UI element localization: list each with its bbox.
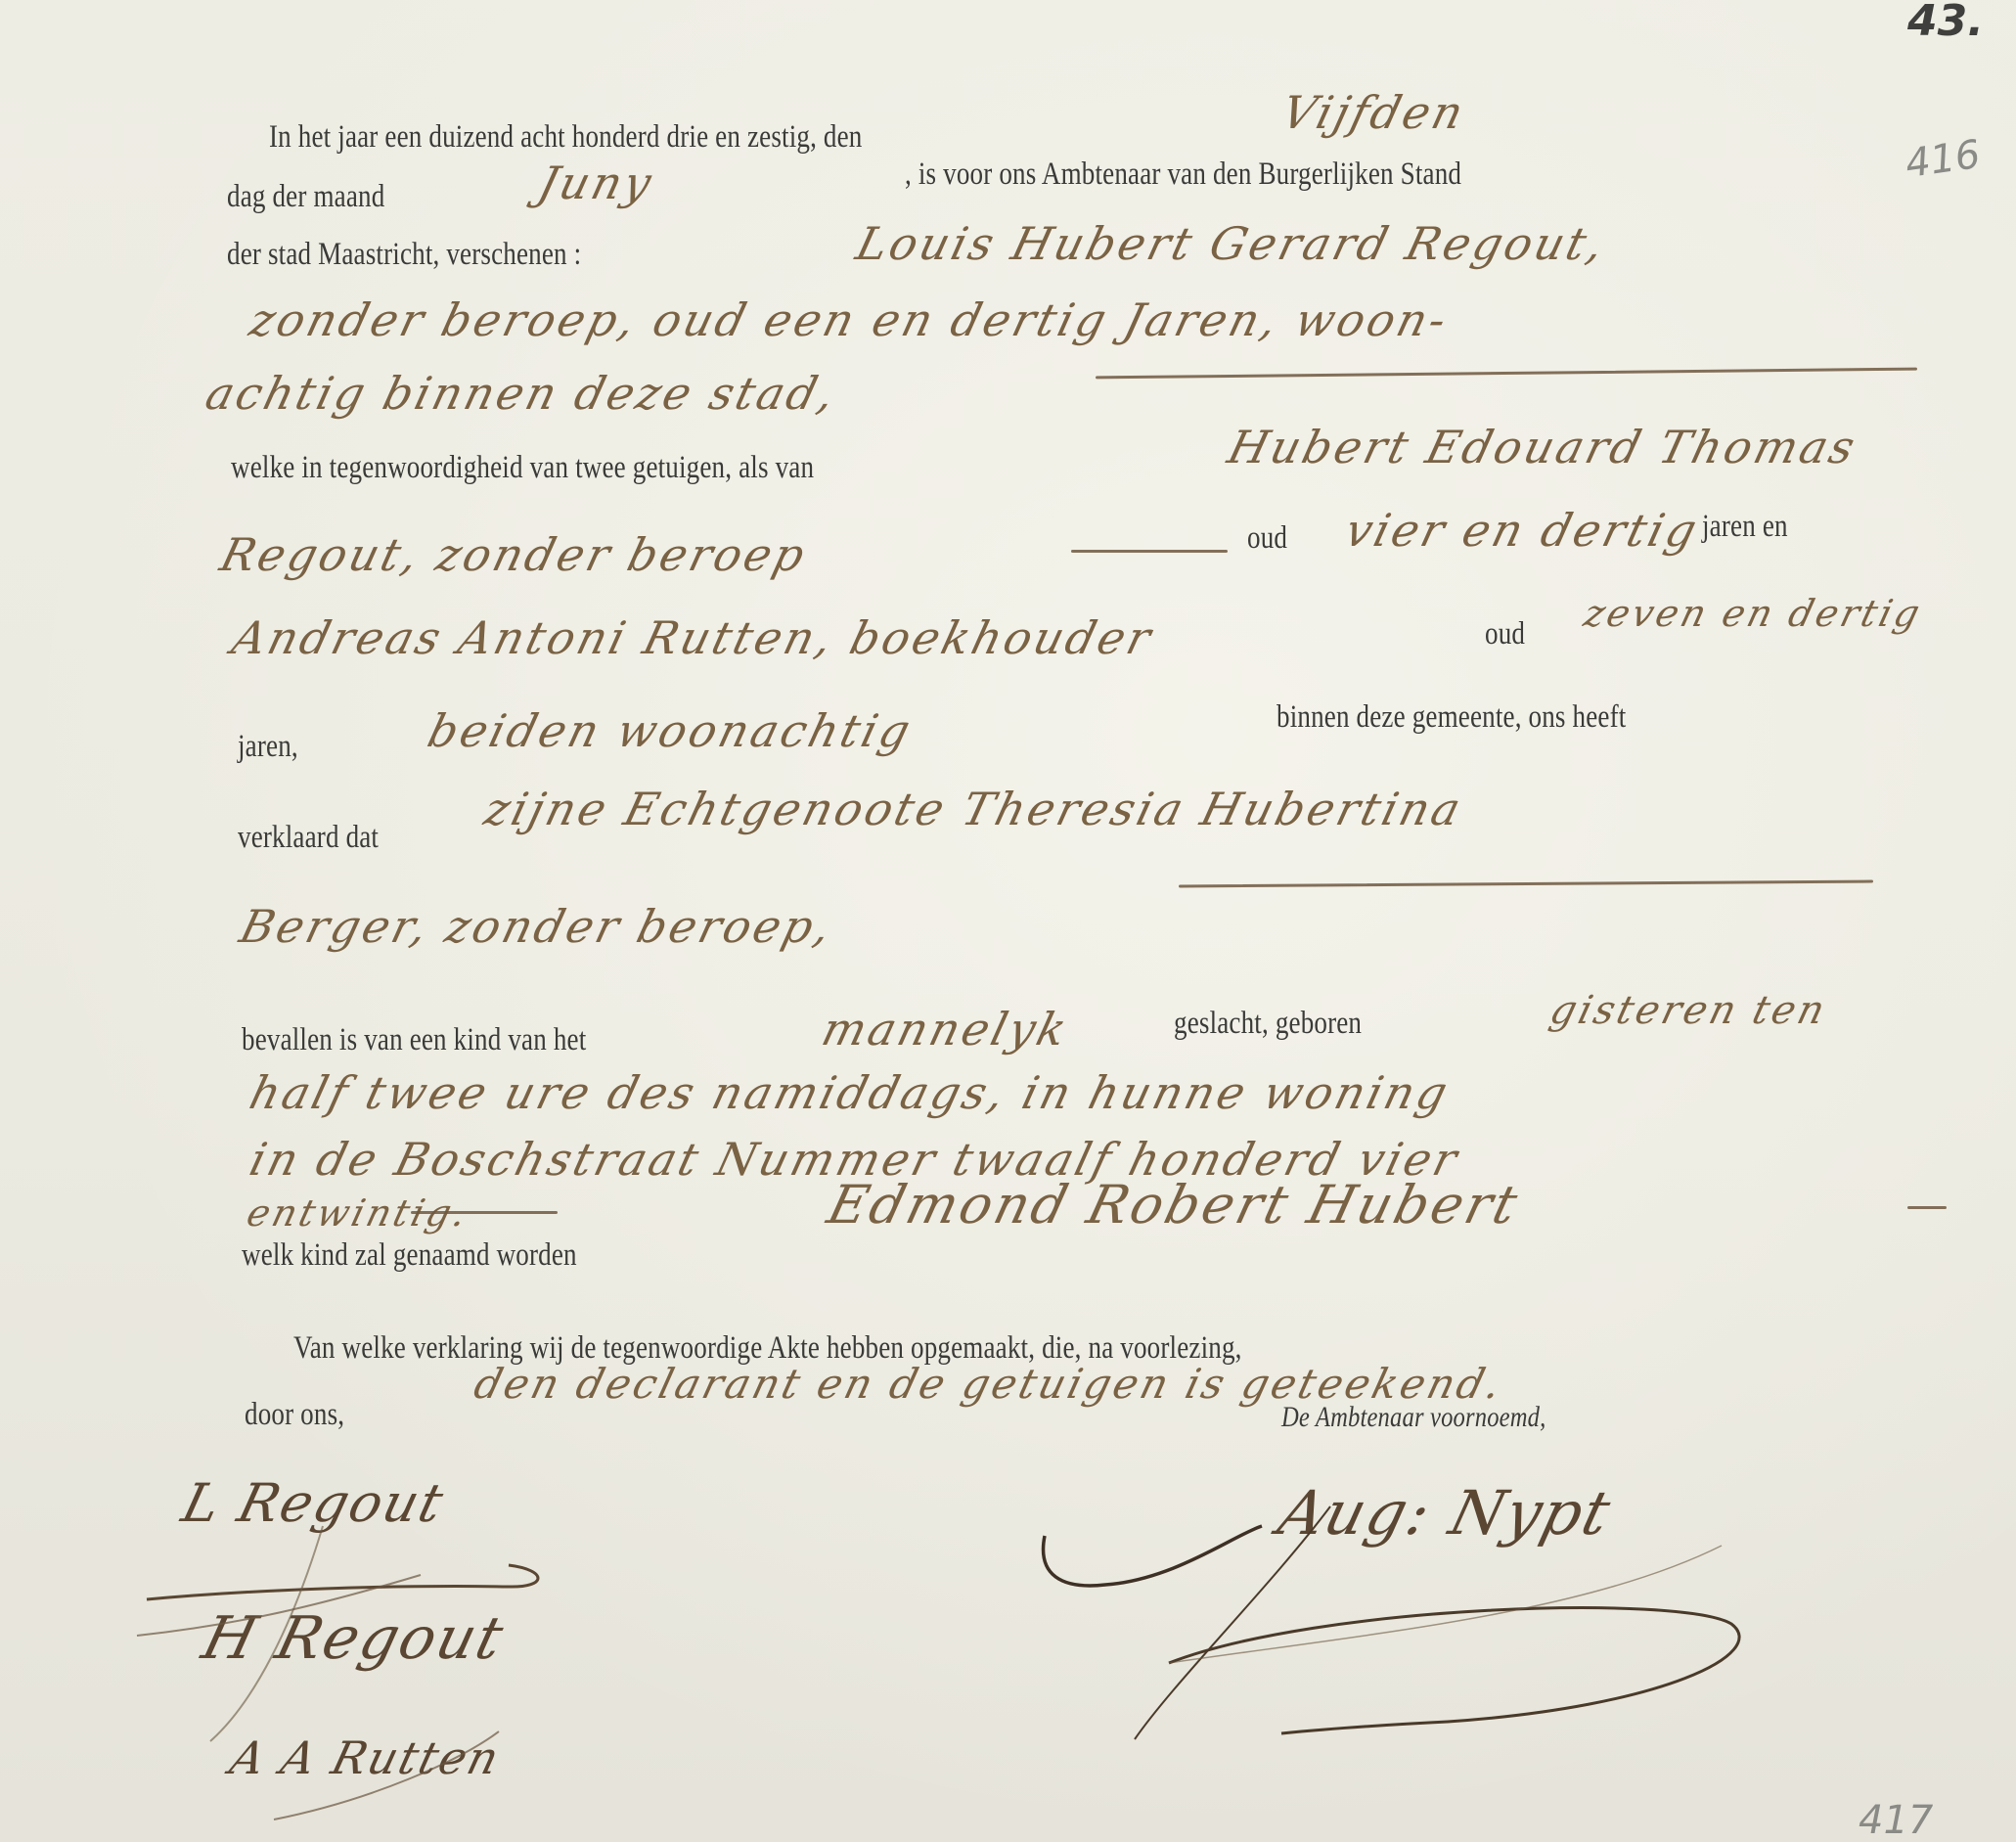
document-page: 43. 416 In het jaar een duizend acht hon… [0,0,2016,1842]
signature-flourishes [0,0,2016,1842]
pencil-page-number-bottom: 417 [1859,1798,1933,1842]
